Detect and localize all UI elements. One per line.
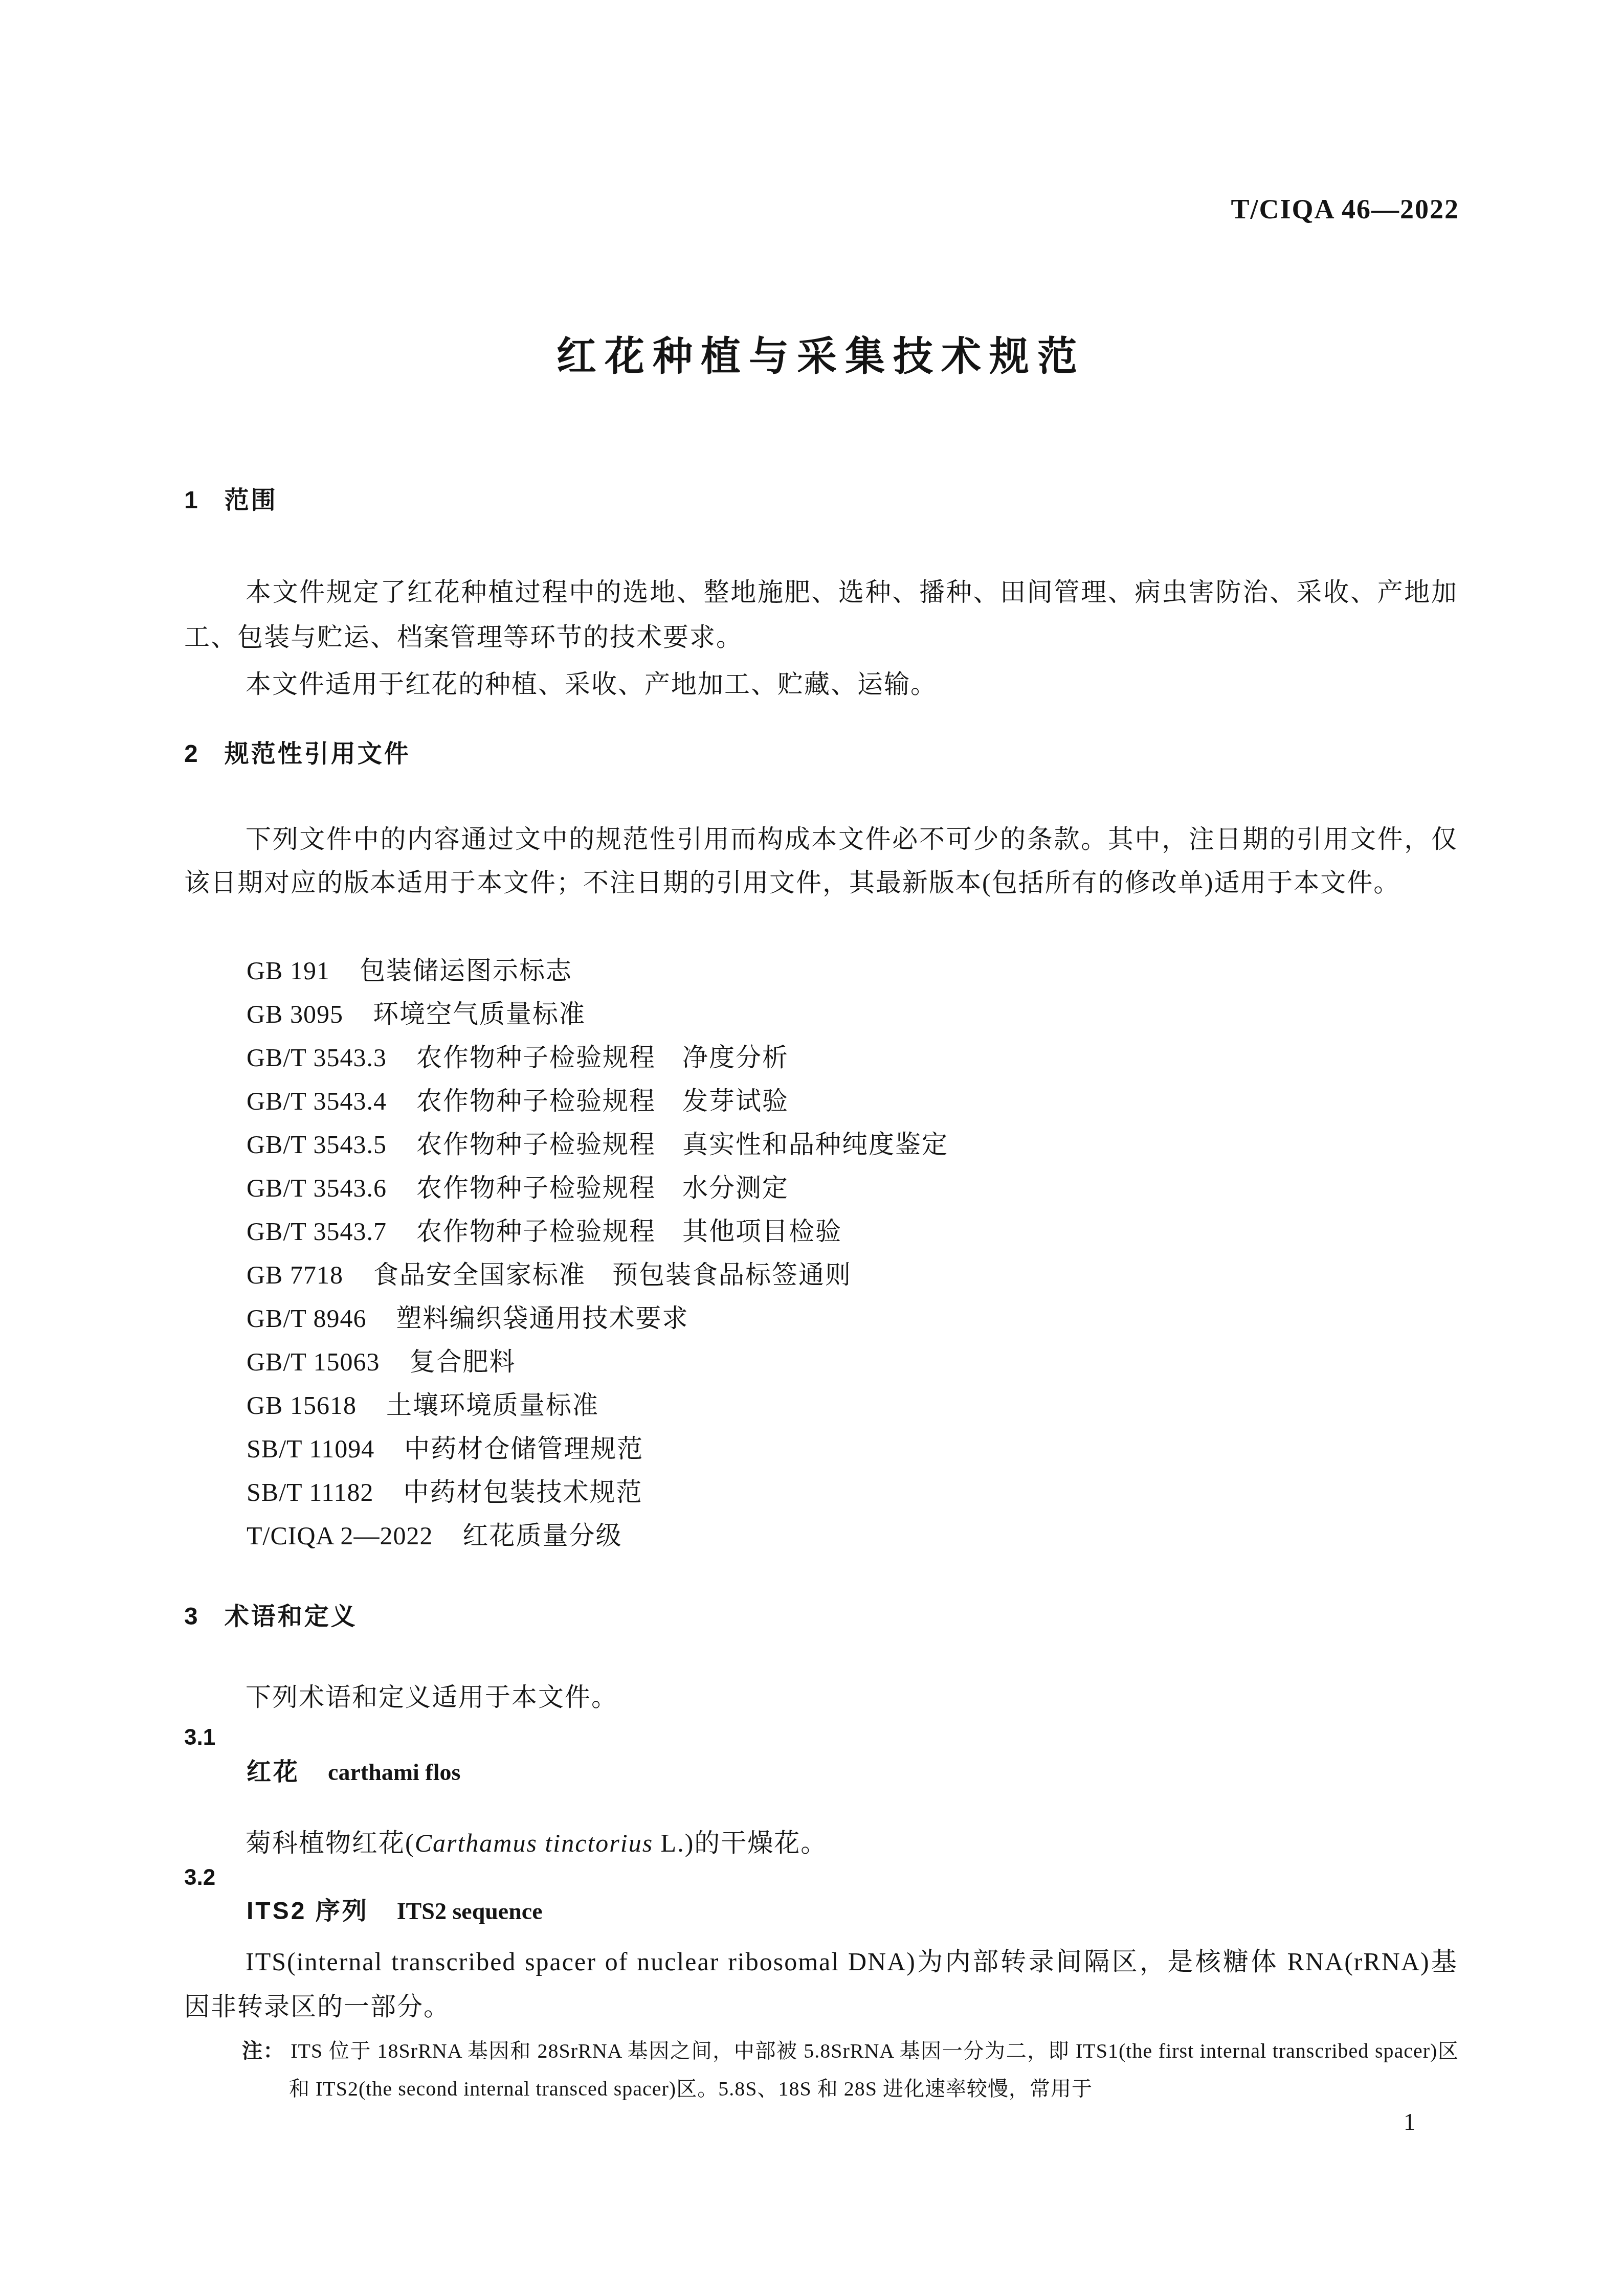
reference-title: 农作物种子检验规程 水分测定 <box>416 1174 789 1202</box>
reference-code: GB 3095 <box>247 1000 343 1028</box>
term-3-2-name-en: ITS2 sequence <box>397 1898 543 1924</box>
doc-number: T/CIQA 46—2022 <box>1231 193 1459 225</box>
reference-title: 农作物种子检验规程 其他项目检验 <box>416 1217 842 1246</box>
reference-item: GB/T 15063复合肥料 <box>184 1340 1458 1384</box>
reference-item: SB/T 11094中药材仓储管理规范 <box>184 1427 1458 1471</box>
reference-code: GB 191 <box>247 956 330 985</box>
term-3-1-definition-suffix: L.)的干燥花。 <box>653 1829 827 1857</box>
reference-title: 包装储运图示标志 <box>360 956 572 985</box>
terms-intro: 下列术语和定义适用于本文件。 <box>184 1675 1458 1720</box>
doc-title: 红花种植与采集技术规范 <box>184 333 1458 379</box>
reference-title: 农作物种子检验规程 净度分析 <box>416 1043 789 1072</box>
scope-paragraph-2: 本文件适用于红花的种植、采收、产地加工、贮藏、运输。 <box>184 662 1458 707</box>
term-3-1-definition: 菊科植物红花(Carthamus tinctorius L.)的干燥花。 <box>184 1820 1458 1865</box>
reference-item: T/CIQA 2—2022红花质量分级 <box>184 1514 1458 1558</box>
normative-references-list: GB 191包装储运图示标志 GB 3095环境空气质量标准 GB/T 3543… <box>184 949 1458 1558</box>
section-1-title: 范围 <box>225 487 278 514</box>
term-3-1-species-name: Carthamus tinctorius <box>415 1829 653 1857</box>
normative-references-intro: 下列文件中的内容通过文中的规范性引用而构成本文件必不可少的条款。其中，注日期的引… <box>184 818 1458 905</box>
term-3-1-name-zh: 红花 <box>247 1759 300 1786</box>
scope-paragraph-1: 本文件规定了红花种植过程中的选地、整地施肥、选种、播种、田间管理、病虫害防治、采… <box>184 570 1458 660</box>
section-3-heading: 3术语和定义 <box>184 1603 358 1631</box>
reference-title: 红花质量分级 <box>462 1521 622 1550</box>
section-1-heading: 1范围 <box>184 486 278 515</box>
section-2-heading: 2规范性引用文件 <box>184 740 411 769</box>
reference-code: GB/T 3543.4 <box>247 1087 387 1115</box>
reference-title: 农作物种子检验规程 真实性和品种纯度鉴定 <box>416 1130 948 1159</box>
reference-code: GB/T 3543.6 <box>247 1174 387 1202</box>
reference-item: GB/T 3543.6农作物种子检验规程 水分测定 <box>184 1166 1458 1210</box>
reference-title: 复合肥料 <box>410 1347 516 1376</box>
page-number: 1 <box>1404 2109 1415 2135</box>
reference-item: GB 15618土壤环境质量标准 <box>184 1384 1458 1427</box>
term-3-2-note: 注：ITS 位于 18SrRNA 基因和 28SrRNA 基因之间，中部被 5.… <box>184 2032 1459 2108</box>
reference-code: T/CIQA 2—2022 <box>247 1521 433 1550</box>
reference-title: 食品安全国家标准 预包装食品标签通则 <box>373 1260 852 1289</box>
term-3-1-name-en: carthami flos <box>328 1759 460 1785</box>
term-3-2-number: 3.2 <box>184 1864 215 1891</box>
term-3-2-definition: ITS(internal transcribed spacer of nucle… <box>184 1939 1458 2029</box>
reference-code: SB/T 11182 <box>247 1478 373 1506</box>
reference-code: GB/T 3543.3 <box>247 1043 387 1072</box>
note-text: ITS 位于 18SrRNA 基因和 28SrRNA 基因之间，中部被 5.8S… <box>289 2039 1459 2100</box>
section-2-title: 规范性引用文件 <box>225 740 411 768</box>
reference-title: 环境空气质量标准 <box>373 1000 586 1028</box>
reference-code: GB/T 3543.7 <box>247 1217 387 1246</box>
reference-code: GB/T 3543.5 <box>247 1130 387 1159</box>
reference-item: GB/T 3543.4农作物种子检验规程 发芽试验 <box>184 1079 1458 1123</box>
section-2-number: 2 <box>184 740 198 768</box>
reference-item: GB 191包装储运图示标志 <box>184 949 1458 993</box>
reference-item: GB 3095环境空气质量标准 <box>184 993 1458 1036</box>
reference-code: GB/T 8946 <box>247 1304 367 1333</box>
reference-item: GB/T 3543.5农作物种子检验规程 真实性和品种纯度鉴定 <box>184 1123 1458 1166</box>
reference-item: SB/T 11182中药材包装技术规范 <box>184 1471 1458 1514</box>
reference-title: 中药材仓储管理规范 <box>404 1434 643 1463</box>
reference-item: GB/T 8946塑料编织袋通用技术要求 <box>184 1297 1458 1340</box>
document-page: T/CIQA 46—2022 红花种植与采集技术规范 1范围 本文件规定了红花种… <box>0 0 1624 2296</box>
reference-code: GB/T 15063 <box>247 1347 380 1376</box>
note-label: 注： <box>242 2040 284 2062</box>
reference-title: 土壤环境质量标准 <box>386 1391 599 1420</box>
reference-item: GB/T 3543.7农作物种子检验规程 其他项目检验 <box>184 1210 1458 1253</box>
term-3-2-name-zh: ITS2 序列 <box>247 1898 369 1925</box>
reference-item: GB 7718食品安全国家标准 预包装食品标签通则 <box>184 1253 1458 1297</box>
term-3-2-heading: ITS2 序列ITS2 sequence <box>247 1897 543 1931</box>
section-3-number: 3 <box>184 1603 198 1630</box>
reference-title: 中药材包装技术规范 <box>403 1478 642 1506</box>
reference-title: 塑料编织袋通用技术要求 <box>396 1304 689 1333</box>
term-3-1-heading: 红花carthami flos <box>247 1758 460 1792</box>
section-3-title: 术语和定义 <box>225 1603 358 1630</box>
term-3-1-number: 3.1 <box>184 1724 215 1751</box>
term-3-1-definition-prefix: 菊科植物红花( <box>246 1829 415 1857</box>
reference-item: GB/T 3543.3农作物种子检验规程 净度分析 <box>184 1036 1458 1079</box>
reference-code: GB 15618 <box>247 1391 357 1420</box>
reference-code: GB 7718 <box>247 1260 343 1289</box>
section-1-number: 1 <box>184 487 198 514</box>
reference-title: 农作物种子检验规程 发芽试验 <box>416 1087 789 1115</box>
reference-code: SB/T 11094 <box>247 1434 374 1463</box>
